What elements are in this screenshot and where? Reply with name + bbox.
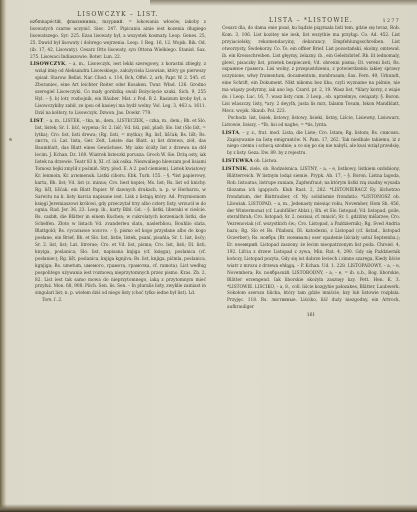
page-blemish <box>9 138 12 141</box>
headword: LIST <box>30 118 43 124</box>
right-entry: LISTA, – y, z., frat. mod. Lista, die Li… <box>222 130 400 159</box>
top-shadow <box>150 0 417 6</box>
right-entry-continuation: Pochodz. list, lisiek, listowy, listowy,… <box>222 116 400 130</box>
left-running-head: LISOWCZYK – LIST. <box>30 10 206 20</box>
headword: LISTEWKA <box>222 158 253 164</box>
left-column-text: иzбmnaрéctiй, фmизмнинкь, mzуpиий. = lok… <box>30 20 206 298</box>
left-column: LISOWCZYK – LIST. иzбmnaрéctiй, фmизмнин… <box>30 10 206 303</box>
book-page: LISOWCZYK – LIST. иzбmnaрéctiй, фmизмнин… <box>0 0 417 512</box>
right-column-text: Cesarz dla, do dama onie pisał, ku bądzi… <box>222 26 400 312</box>
gutter-shadow <box>0 0 6 512</box>
headword: LISTA <box>222 130 239 136</box>
right-footer-number: 161 <box>222 313 400 318</box>
left-entry: LIST, – a, m., LISTEK, – tka, m., dem., … <box>30 118 206 299</box>
right-running-head-title: LISTA – *LISTOWIE. <box>269 17 353 24</box>
right-entry-continuation: Cesarz dla, do dama onie pisał, ku bądzi… <box>222 26 400 116</box>
right-entry: LISTNIK, ziele, ob. Rodzelsnica. LISTNY,… <box>222 166 400 312</box>
page-number: 1277 <box>382 16 400 26</box>
bottom-shadow <box>0 504 417 512</box>
left-entry: LISOWCZYK, – a, m., Lisowczyk, iest lekk… <box>30 61 206 117</box>
headword: LISTNIK <box>222 166 247 172</box>
left-entry-continuation: иzбmnaрéctiй, фmизмнинкь, mzуpиий. = lok… <box>30 20 206 61</box>
right-column: LISTA – *LISTOWIE. 1277 Cesarz dla, do d… <box>222 10 400 318</box>
signature-mark: Tom. I. 2. <box>30 298 206 303</box>
headword: LISOWCZYK <box>30 61 65 67</box>
right-entry: LISTEWKA ob. Listwa. <box>222 158 400 166</box>
right-running-head: LISTA – *LISTOWIE. 1277 <box>222 16 400 26</box>
